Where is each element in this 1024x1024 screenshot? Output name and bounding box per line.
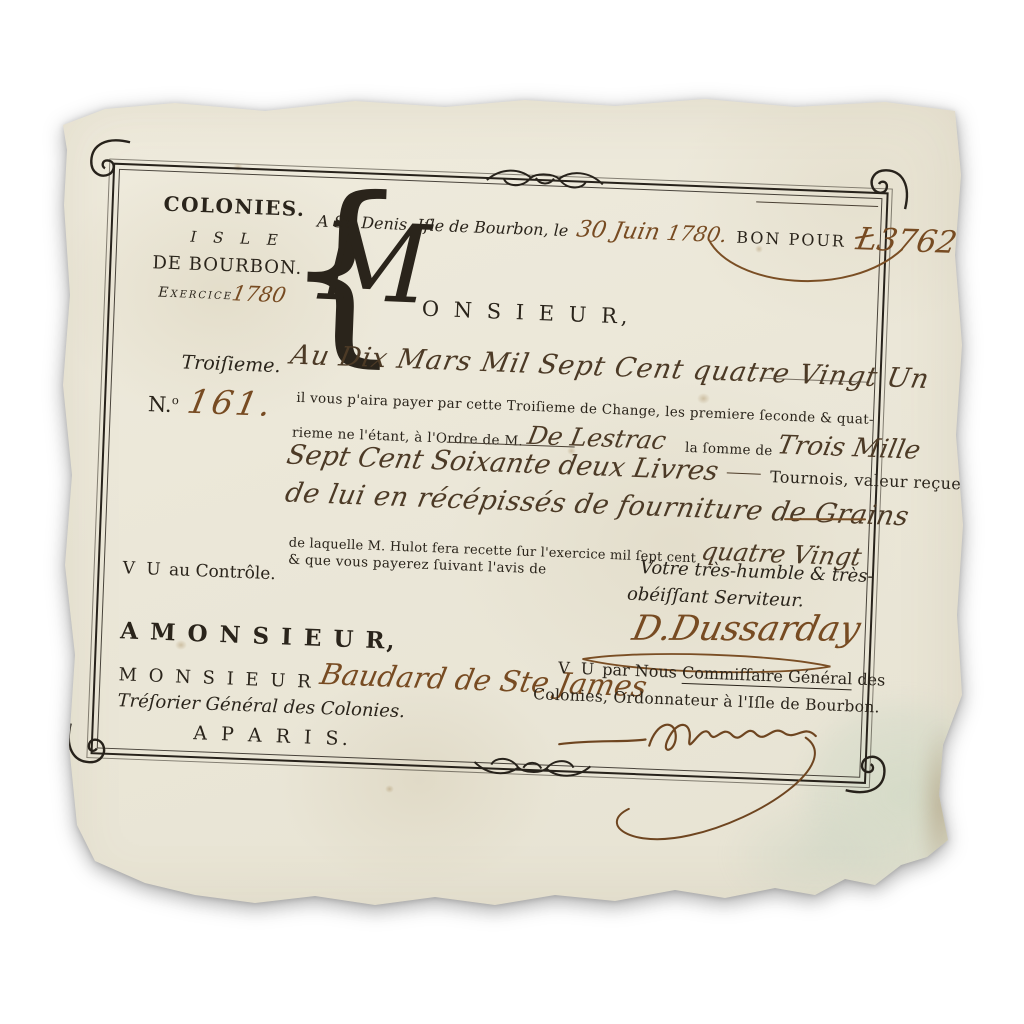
day-month-handwritten: 30 Juin <box>575 217 663 246</box>
exercice-year-handwritten: 1780 <box>230 281 288 307</box>
document-number-handwritten: 161. <box>184 382 277 424</box>
paper-shadow-wrap: COLONIES. I S L E DE BOURBON. Exercice 1… <box>55 95 965 910</box>
number-label: N.o <box>148 392 180 417</box>
commissaire-signature <box>549 704 865 866</box>
amount-superscript: tt <box>956 227 974 247</box>
aged-paper-sheet: COLONIES. I S L E DE BOURBON. Exercice 1… <box>55 95 965 910</box>
corner-scroll-icon <box>62 721 110 769</box>
printed-impression: COLONIES. I S L E DE BOURBON. Exercice 1… <box>27 90 968 939</box>
exercice-label: Exercice <box>158 284 233 303</box>
dash-after-grains <box>784 518 866 520</box>
tournois-label: Tournois, valeur reçue, <box>770 467 967 494</box>
top-center-scroll-icon <box>482 163 607 196</box>
corner-scroll-icon <box>866 164 914 212</box>
dussarday-signature: D.Dussarday <box>629 609 864 650</box>
scanned-document-page: COLONIES. I S L E DE BOURBON. Exercice 1… <box>0 0 1024 1024</box>
copy-ordinal-label: Troiſieme. <box>181 351 281 377</box>
corner-scroll-icon <box>85 134 133 182</box>
place-date-printed: A St. Denis, Iſle de Bourbon, le <box>317 212 569 241</box>
dash-after-livres <box>727 472 761 474</box>
isle-heading: I S L E <box>190 228 284 250</box>
amount-flourish <box>699 233 913 305</box>
